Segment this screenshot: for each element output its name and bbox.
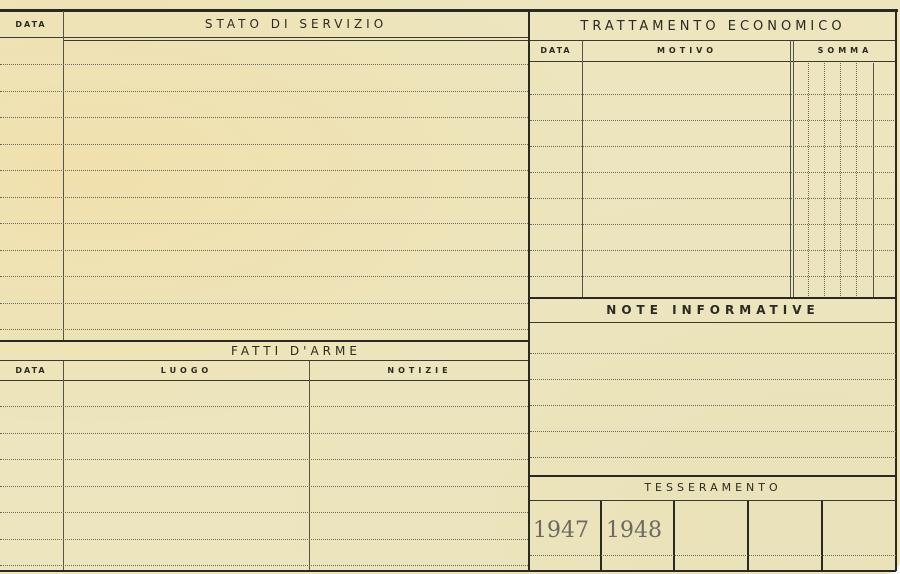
dotted-rule-line <box>0 250 528 251</box>
dotted-rule-line <box>0 197 528 198</box>
dotted-rule-line <box>530 120 896 121</box>
dotted-rule-line <box>0 117 528 118</box>
dotted-rule-line <box>0 223 528 224</box>
dotted-rule-line <box>0 91 528 92</box>
stato-header-line <box>0 37 528 38</box>
fatti-d-arme-title: FATTI D'ARME <box>64 344 528 358</box>
tess-divider-2 <box>673 501 675 571</box>
fatti-header-line <box>0 360 528 361</box>
dotted-rule-line <box>0 170 528 171</box>
stato-col-data-header: DATA <box>0 20 62 29</box>
dotted-rule-line <box>0 486 528 487</box>
dotted-rule-line <box>530 172 896 173</box>
top-border <box>0 9 898 12</box>
note-top-line <box>530 297 896 299</box>
dotted-rule-line <box>530 431 896 432</box>
somma-dotted-1 <box>808 63 809 298</box>
dotted-rule-line <box>0 565 528 566</box>
trattamento-col-motivo-header: MOTIVO <box>583 46 791 55</box>
somma-dotted-3 <box>840 63 841 298</box>
dotted-rule-line <box>530 405 896 406</box>
tess-year-1: 1947 <box>533 518 589 543</box>
trattamento-col-divider-2b <box>793 41 794 298</box>
note-informative-title: NOTE INFORMATIVE <box>530 303 896 317</box>
dotted-rule-line <box>0 329 528 330</box>
dotted-rule-line <box>530 224 896 225</box>
dotted-rule-line <box>0 512 528 513</box>
fatti-col-luogo-header: LUOGO <box>64 366 309 375</box>
tess-divider-3 <box>747 501 749 571</box>
dotted-rule-line <box>0 64 528 65</box>
fatti-top-line <box>0 340 528 342</box>
trattamento-subheader-line <box>530 61 896 62</box>
dotted-rule-line <box>0 303 528 304</box>
trattamento-col-divider-1 <box>582 41 583 298</box>
tess-dotted-line <box>530 555 896 556</box>
tesseramento-title: TESSERAMENTO <box>530 481 896 494</box>
dotted-rule-line <box>530 146 896 147</box>
dotted-rule-line <box>530 94 896 95</box>
trattamento-col-somma-header: SOMMA <box>795 46 895 55</box>
tess-divider-1 <box>600 501 602 571</box>
trattamento-economico-title: TRATTAMENTO ECONOMICO <box>530 19 896 34</box>
dotted-rule-line <box>0 433 528 434</box>
tesseramento-header-line <box>530 500 896 501</box>
fatti-col-divider-1 <box>63 361 64 571</box>
dotted-rule-line <box>530 457 896 458</box>
fatti-col-data-header: DATA <box>0 366 62 375</box>
service-record-card: DATA STATO DI SERVIZIO TRATTAMENTO ECONO… <box>0 0 900 574</box>
stato-col-divider <box>63 11 64 341</box>
dotted-rule-line <box>530 379 896 380</box>
dotted-rule-line <box>0 539 528 540</box>
stato-di-servizio-title: STATO DI SERVIZIO <box>64 17 528 31</box>
bottom-border <box>0 570 896 572</box>
tess-divider-4 <box>821 501 823 571</box>
dotted-rule-line <box>530 198 896 199</box>
trattamento-col-divider-2a <box>790 41 791 298</box>
somma-dotted-4 <box>856 63 857 298</box>
dotted-rule-line <box>0 276 528 277</box>
dotted-rule-line <box>0 406 528 407</box>
note-header-line <box>530 322 896 323</box>
dotted-rule-line <box>0 144 528 145</box>
trattamento-header-line <box>530 40 896 41</box>
fatti-col-notizie-header: NOTIZIE <box>311 366 528 375</box>
tesseramento-top-line <box>530 475 896 477</box>
dotted-rule-line <box>0 459 528 460</box>
somma-dotted-2 <box>824 63 825 298</box>
dotted-rule-line <box>530 250 896 251</box>
fatti-subheader-line <box>0 380 528 381</box>
trattamento-col-data-header: DATA <box>530 46 582 55</box>
fatti-col-divider-2 <box>309 361 310 571</box>
tess-year-2: 1948 <box>606 518 662 543</box>
somma-divider <box>873 63 874 298</box>
dotted-rule-line <box>530 276 896 277</box>
dotted-rule-line <box>530 353 896 354</box>
stato-header-line-2 <box>64 40 528 41</box>
